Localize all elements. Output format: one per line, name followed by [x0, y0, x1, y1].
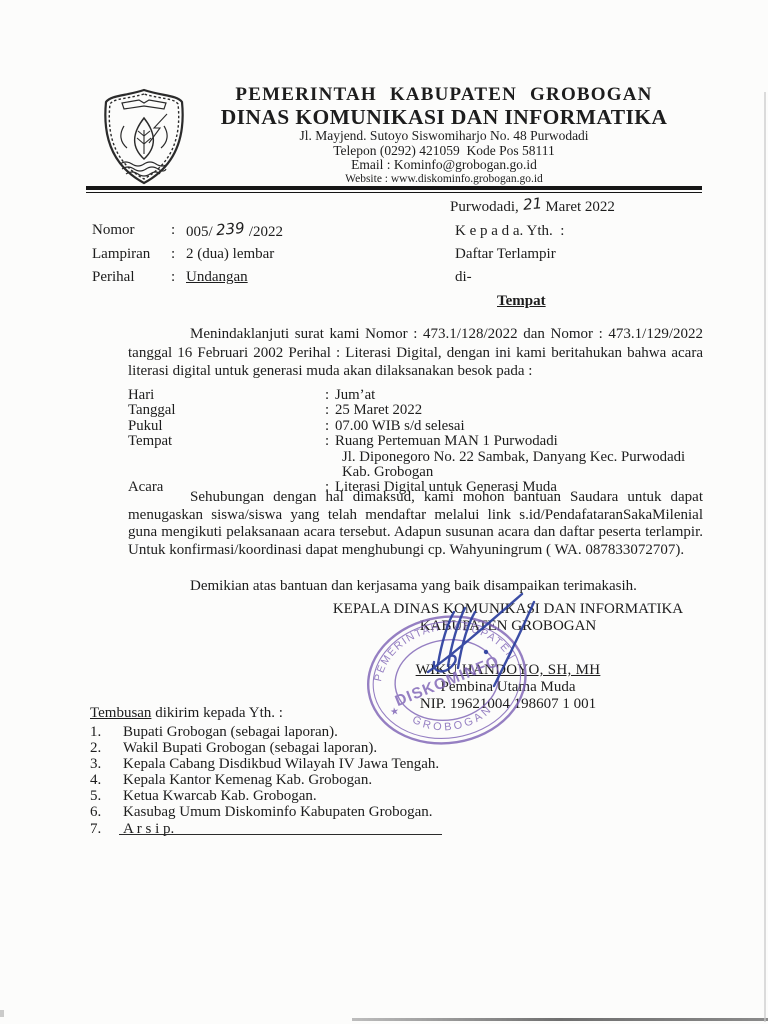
letter-meta: Nomor : 005/ 239 /2022 Lampiran : 2 (dua… — [92, 222, 422, 293]
date-day-handwritten: 21 — [522, 194, 543, 214]
tembusan-item-number: 4. — [90, 772, 123, 788]
scan-edge-artifact-right — [764, 92, 766, 1022]
meta-row-lampiran: Lampiran : 2 (dua) lembar — [92, 246, 422, 270]
closing-rule — [119, 834, 442, 835]
tembusan-item-text: Kasubag Umum Diskominfo Kabupaten Grobog… — [123, 804, 433, 820]
detail-colon: : — [325, 403, 335, 418]
detail-colon: : — [325, 419, 335, 434]
tembusan-item: 2. Wakil Bupati Grobogan (sebagai lapora… — [90, 740, 510, 756]
detail-value: Ruang Pertemuan MAN 1 Purwodadi — [335, 434, 706, 449]
perihal-colon: : — [171, 269, 186, 286]
recipient-block: K e p a d a. Yth. : Daftar Terlampir di-… — [455, 223, 685, 310]
letterhead-government-name: PEMERINTAH KABUPATEN GROBOGAN — [200, 84, 688, 105]
tembusan-heading-rest: dikirim kepada Yth. : — [151, 705, 283, 721]
tembusan-item-text: Bupati Grobogan (sebagai laporan). — [123, 724, 338, 740]
letterhead: PEMERINTAH KABUPATEN GROBOGAN DINAS KOMU… — [200, 84, 688, 186]
nomor-colon: : — [171, 222, 186, 239]
body-paragraph-2: Sehubungan dengan hal dimaksud, kami moh… — [128, 489, 703, 560]
recipient-di: di- — [455, 269, 685, 292]
meta-row-perihal: Perihal : Undangan — [92, 269, 422, 293]
date-month-year: Maret 2022 — [542, 199, 615, 215]
tembusan-item-text: Kepala Kantor Kemenag Kab. Grobogan. — [123, 772, 372, 788]
tembusan-item: 1. Bupati Grobogan (sebagai laporan). — [90, 724, 510, 740]
letterhead-phone: Telepon (0292) 421059 Kode Pos 58111 — [200, 144, 688, 159]
handwritten-signature — [398, 590, 608, 712]
detail-colon — [325, 465, 335, 480]
tembusan-item-text: Wakil Bupati Grobogan (sebagai laporan). — [123, 740, 377, 756]
detail-colon: : — [325, 388, 335, 403]
tembusan-item: 4. Kepala Kantor Kemenag Kab. Grobogan. — [90, 772, 510, 788]
letterhead-email: Email : Kominfo@grobogan.go.id — [200, 158, 688, 173]
scan-edge-artifact-bottom — [352, 1018, 768, 1021]
tembusan-item: 3. Kepala Cabang Disdikbud Wilayah IV Ja… — [90, 756, 510, 772]
date-city: Purwodadi, — [450, 199, 523, 215]
detail-row-tempat-cont2: Kab. Grobogan — [128, 465, 706, 480]
detail-colon — [325, 450, 335, 465]
perihal-value: Undangan — [186, 269, 248, 286]
detail-row-pukul: Pukul : 07.00 WIB s/d selesai — [128, 419, 706, 434]
tembusan-item-number: 6. — [90, 804, 123, 820]
tembusan-item-text: Ketua Kwarcab Kab. Grobogan. — [123, 788, 317, 804]
detail-colon: : — [325, 434, 335, 449]
detail-label — [128, 465, 325, 480]
tembusan-heading: Tembusan dikirim kepada Yth. : — [90, 705, 510, 722]
letterhead-address: Jl. Mayjend. Sutoyo Siswomiharjo No. 48 … — [200, 129, 688, 144]
nomor-value-handwritten: 239 — [216, 219, 246, 239]
meta-row-nomor: Nomor : 005/ 239 /2022 — [92, 222, 422, 246]
nomor-value: 005/ 239 /2022 — [186, 222, 283, 241]
detail-value: 25 Maret 2022 — [335, 403, 706, 418]
detail-value: Jl. Diponegoro No. 22 Sambak, Danyang Ke… — [335, 450, 706, 465]
detail-label — [128, 450, 325, 465]
nomor-label: Nomor — [92, 222, 171, 239]
detail-label: Tempat — [128, 434, 325, 449]
date-line: Purwodadi, 21 Maret 2022 — [450, 197, 615, 216]
body-paragraph-1: Menindaklanjuti surat kami Nomor : 473.1… — [128, 325, 703, 381]
kepada-yth: K e p a d a. Yth. : — [455, 223, 685, 246]
detail-label: Hari — [128, 388, 325, 403]
letterhead-website: Website : www.diskominfo.grobogan.go.id — [200, 173, 688, 186]
tembusan-item: 5. Ketua Kwarcab Kab. Grobogan. — [90, 788, 510, 804]
scanned-letter-page: PEMERINTAH KABUPATEN GROBOGAN DINAS KOMU… — [0, 0, 768, 1024]
lampiran-value: 2 (dua) lembar — [186, 246, 274, 263]
tembusan-heading-underlined: Tembusan — [90, 705, 151, 721]
detail-row-hari: Hari : Jum’at — [128, 388, 706, 403]
detail-label: Tanggal — [128, 403, 325, 418]
letterhead-agency-name: DINAS KOMUNIKASI DAN INFORMATIKA — [200, 105, 688, 129]
nomor-value-prefix: 005/ — [186, 224, 216, 240]
detail-value: 07.00 WIB s/d selesai — [335, 419, 706, 434]
detail-row-tempat-cont1: Jl. Diponegoro No. 22 Sambak, Danyang Ke… — [128, 450, 706, 465]
event-details: Hari : Jum’at Tanggal : 25 Maret 2022 Pu… — [128, 388, 706, 496]
detail-value: Kab. Grobogan — [335, 465, 706, 480]
tembusan-item-number: 1. — [90, 724, 123, 740]
nomor-value-suffix: /2022 — [245, 224, 283, 240]
grobogan-coat-of-arms-logo — [93, 86, 195, 186]
scan-edge-artifact-left — [0, 1010, 4, 1017]
detail-value: Jum’at — [335, 388, 706, 403]
detail-row-tempat: Tempat : Ruang Pertemuan MAN 1 Purwodadi — [128, 434, 706, 449]
perihal-label: Perihal — [92, 269, 171, 286]
letterhead-divider-rule — [86, 186, 702, 193]
lampiran-colon: : — [171, 246, 186, 263]
tembusan-block: Tembusan dikirim kepada Yth. : 1. Bupati… — [90, 705, 510, 837]
tembusan-item-text: Kepala Cabang Disdikbud Wilayah IV Jawa … — [123, 756, 439, 772]
tembusan-item: 6. Kasubag Umum Diskominfo Kabupaten Gro… — [90, 804, 510, 820]
recipient-name: Daftar Terlampir — [455, 246, 685, 269]
detail-label: Pukul — [128, 419, 325, 434]
lampiran-label: Lampiran — [92, 246, 171, 263]
tembusan-item-number: 5. — [90, 788, 123, 804]
tembusan-item-number: 3. — [90, 756, 123, 772]
tembusan-item-number: 2. — [90, 740, 123, 756]
recipient-tempat: Tempat — [497, 293, 685, 310]
detail-row-tanggal: Tanggal : 25 Maret 2022 — [128, 403, 706, 418]
